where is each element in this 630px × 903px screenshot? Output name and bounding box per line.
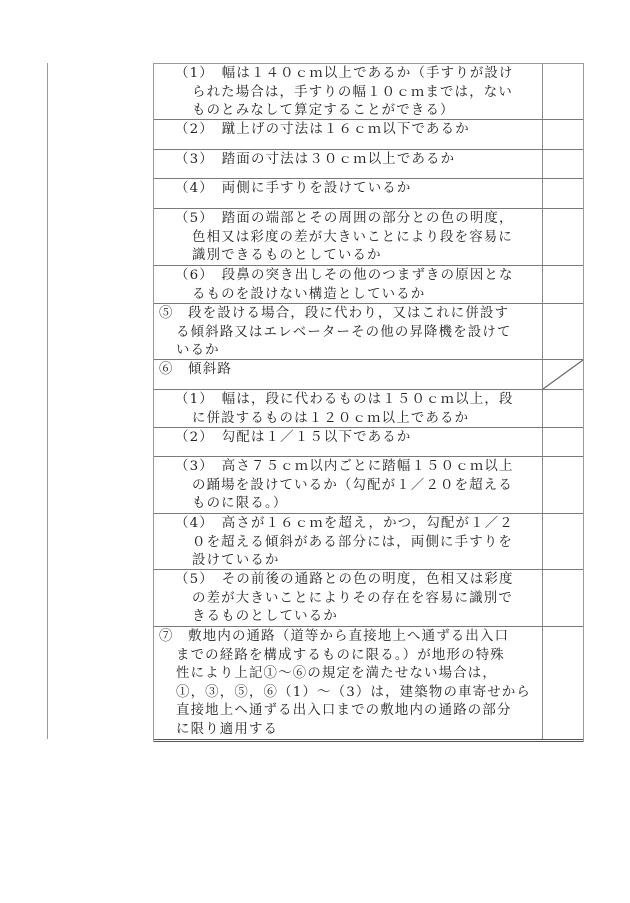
text-line: ⑦ 敷地内の通路（道等から直接地上へ通ずる出入口 [176, 628, 538, 647]
text-line: 直接地上へ通ずる出入口までの敷地内の通路の部分 [176, 702, 538, 721]
text-line: ①，③，⑤，⑥（1）～（3）は，建築物の車寄せから [176, 684, 538, 703]
not-applicable-slash-icon [543, 360, 583, 389]
left-margin-rule [47, 63, 48, 739]
item-description: ⑤ 段を設ける場合，段に代わり，又はこれに併設する傾斜路又はエレベーターその他の… [154, 304, 543, 359]
checklist-subitem-row: （2） 蹴上げの寸法は１６ｃｍ以下であるか [154, 120, 583, 150]
checklist-subitem-row: （1） 幅は，段に代わるものは１５０ｃｍ以上，段に併設するものは１２０ｃｍ以上で… [154, 390, 583, 428]
text-line: （1） 幅は，段に代わるものは１５０ｃｍ以上，段 [192, 391, 538, 410]
text-line: きるものとしているか [192, 608, 538, 627]
text-line: の差が大きいことによりその存在を容易に識別で [192, 590, 538, 609]
text-line: ⑤ 段を設ける場合，段に代わり，又はこれに併設す [176, 305, 538, 324]
text-line: （5） その前後の通路との色の明度，色相又は彩度 [192, 571, 538, 590]
item-description: （3） 高さ７５ｃｍ以内ごとに踏幅１５０ｃｍ以上の踊場を設けているか（勾配が１／… [154, 457, 543, 513]
text-line: 性により上記①～⑥の規定を満たせない場合は， [176, 665, 538, 684]
text-line: るものを設けない構造としているか [192, 286, 538, 305]
text-line: （1） 幅は１４０ｃｍ以上であるか（手すりが設け [192, 65, 538, 84]
check-cell[interactable] [543, 209, 583, 265]
checklist-subitem-row: （4） 高さが１６ｃｍを超え，かつ，勾配が１／２０を超える傾斜がある部分には，両… [154, 514, 583, 570]
checklist-subitem-row: （5） 踏面の端部とその周囲の部分との色の明度，色相又は彩度の差が大きいことによ… [154, 209, 583, 266]
text-line: られた場合は，手すりの幅１０ｃｍまでは，ない [192, 84, 538, 103]
text-line: る傾斜路又はエレベーターその他の昇降機を設けて [176, 324, 538, 343]
check-cell[interactable] [543, 120, 583, 149]
check-cell[interactable] [543, 266, 583, 303]
check-cell[interactable] [543, 570, 583, 626]
item-description: （4） 両側に手すりを設けているか [154, 179, 543, 208]
text-line: までの経路を構成するものに限る。）が地形の特殊 [176, 647, 538, 666]
text-line: （6） 段鼻の突き出しその他のつまずきの原因とな [192, 267, 538, 286]
item-description: （5） 踏面の端部とその周囲の部分との色の明度，色相又は彩度の差が大きいことによ… [154, 209, 543, 265]
text-line: （5） 踏面の端部とその周囲の部分との色の明度， [192, 210, 538, 229]
check-cell[interactable] [543, 150, 583, 178]
text-line: 色相又は彩度の差が大きいことにより段を容易に [192, 229, 538, 248]
item-description: （1） 幅は，段に代わるものは１５０ｃｍ以上，段に併設するものは１２０ｃｍ以上で… [154, 390, 543, 427]
text-line: ⑥ 傾斜路 [176, 361, 538, 380]
text-line: の踊場を設けているか（勾配が１／２０を超える [192, 477, 538, 496]
checklist-subitem-row: （3） 踏面の寸法は３０ｃｍ以上であるか [154, 150, 583, 179]
item-description: （3） 踏面の寸法は３０ｃｍ以上であるか [154, 150, 543, 178]
text-line: 設けているか [192, 552, 538, 571]
check-cell[interactable] [543, 304, 583, 359]
text-line: （2） 蹴上げの寸法は１６ｃｍ以下であるか [192, 121, 538, 140]
text-line: に限り適用する [176, 721, 538, 740]
text-line: ものに限る。） [192, 495, 538, 514]
check-cell[interactable] [543, 179, 583, 208]
checklist-item-row: ⑦ 敷地内の通路（道等から直接地上へ通ずる出入口までの経路を構成するものに限る。… [154, 627, 583, 742]
checklist-item-row: ⑤ 段を設ける場合，段に代わり，又はこれに併設する傾斜路又はエレベーターその他の… [154, 304, 583, 360]
item-description: （6） 段鼻の突き出しその他のつまずきの原因となるものを設けない構造としているか [154, 266, 543, 303]
checklist-subitem-row: （2） 勾配は１／１５以下であるか [154, 428, 583, 457]
text-line: （2） 勾配は１／１５以下であるか [192, 429, 538, 448]
text-line: （3） 踏面の寸法は３０ｃｍ以上であるか [192, 151, 538, 170]
text-line: いるか [176, 342, 538, 361]
checklist-subitem-row: （4） 両側に手すりを設けているか [154, 179, 583, 209]
checklist-subitem-row: （5） その前後の通路との色の明度，色相又は彩度の差が大きいことによりその存在を… [154, 570, 583, 627]
item-description: （2） 勾配は１／１５以下であるか [154, 428, 543, 456]
item-description: （4） 高さが１６ｃｍを超え，かつ，勾配が１／２０を超える傾斜がある部分には，両… [154, 514, 543, 569]
item-description: ⑦ 敷地内の通路（道等から直接地上へ通ずる出入口までの経路を構成するものに限る。… [154, 627, 543, 739]
checklist-subitem-row: （6） 段鼻の突き出しその他のつまずきの原因となるものを設けない構造としているか [154, 266, 583, 304]
check-cell[interactable] [543, 64, 583, 119]
item-description: ⑥ 傾斜路 [154, 360, 543, 389]
check-cell[interactable] [543, 514, 583, 569]
check-cell[interactable] [543, 428, 583, 456]
check-cell[interactable] [543, 457, 583, 513]
check-cell[interactable] [543, 627, 583, 739]
item-description: （1） 幅は１４０ｃｍ以上であるか（手すりが設けられた場合は，手すりの幅１０ｃｍ… [154, 64, 543, 119]
checklist-table: （1） 幅は１４０ｃｍ以上であるか（手すりが設けられた場合は，手すりの幅１０ｃｍ… [153, 63, 584, 742]
check-cell[interactable] [543, 390, 583, 427]
item-description: （2） 蹴上げの寸法は１６ｃｍ以下であるか [154, 120, 543, 149]
checklist-subitem-row: （3） 高さ７５ｃｍ以内ごとに踏幅１５０ｃｍ以上の踊場を設けているか（勾配が１／… [154, 457, 583, 514]
item-description: （5） その前後の通路との色の明度，色相又は彩度の差が大きいことによりその存在を… [154, 570, 543, 626]
text-line: （4） 高さが１６ｃｍを超え，かつ，勾配が１／２ [192, 515, 538, 534]
checklist-subitem-row: （1） 幅は１４０ｃｍ以上であるか（手すりが設けられた場合は，手すりの幅１０ｃｍ… [154, 64, 583, 120]
text-line: （4） 両側に手すりを設けているか [192, 180, 538, 199]
text-line: 識別できるものとしているか [192, 247, 538, 266]
text-line: （3） 高さ７５ｃｍ以内ごとに踏幅１５０ｃｍ以上 [192, 458, 538, 477]
checklist-item-row: ⑥ 傾斜路 [154, 360, 583, 390]
check-cell[interactable] [543, 360, 583, 389]
text-line: ０を超える傾斜がある部分には，両側に手すりを [192, 534, 538, 553]
text-line: ものとみなして算定することができる） [192, 102, 538, 121]
text-line: に併設するものは１２０ｃｍ以上であるか [192, 410, 538, 429]
